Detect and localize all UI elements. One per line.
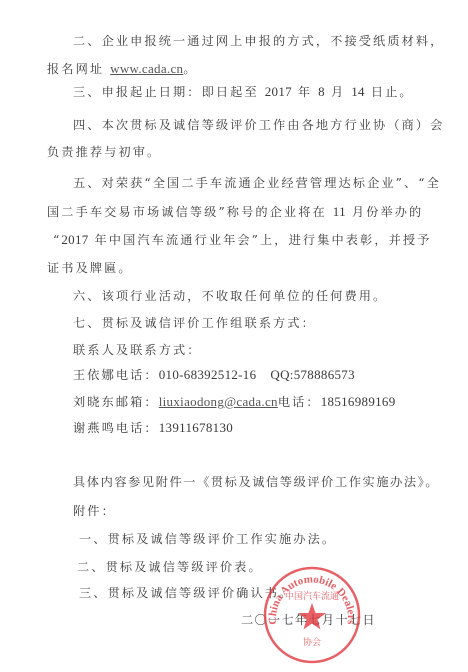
- paragraph-7: 七、贯标及诚信评价工作组联系方式：: [73, 315, 316, 331]
- qq-label: QQ:: [270, 367, 293, 382]
- official-seal-stamp: China Automobile Dealers Association 中国汽…: [262, 565, 362, 665]
- website-link[interactable]: www.cada.cn: [110, 61, 183, 76]
- paragraph-3: 三、申报起止日期：即日起至 2017 年 8 月 14 日止。: [73, 84, 414, 100]
- reference-text: 具体内容参见附件一《贯标及诚信等级评价工作实施办法》。: [73, 474, 439, 490]
- attachment-1: 一、贯标及诚信等级评价工作实施办法。: [79, 531, 336, 547]
- contacts-heading: 联系人及联系方式：: [73, 342, 202, 358]
- paragraph-4-line-2: 负责推荐与初审。: [47, 144, 161, 160]
- paragraph-5-line-3: “2017 年中国汽车流通行业年会”上，进行集中表彰，并授予: [53, 232, 431, 248]
- text: 月: [325, 85, 351, 99]
- contact-label: 刘晓东邮箱：: [73, 395, 159, 409]
- qq: 578886573: [294, 367, 355, 382]
- paragraph-5-line-1: 五、对荣获“全国二手车流通企业经营管理达标企业”、“全: [73, 175, 441, 191]
- paragraph-4-line-1: 四、本次贯标及诚信等级评价工作由各地方行业协（商）会: [73, 117, 444, 133]
- contact-label: 谢燕鸣电话：: [73, 421, 159, 435]
- text: 月份举办的: [346, 205, 423, 219]
- email-link[interactable]: liuxiaodong@cada.cn: [159, 394, 278, 409]
- year: 2017: [265, 84, 292, 99]
- text: 。: [183, 62, 197, 76]
- attachment-2: 二、贯标及诚信等级评价表。: [77, 559, 263, 575]
- paragraph-2-line-2: 报名网址 www.cada.cn。: [47, 61, 198, 77]
- day: 14: [351, 84, 365, 99]
- text: 报名网址: [47, 62, 110, 76]
- text: 三、申报起止日期：即日起至: [73, 85, 265, 99]
- month: 8: [318, 84, 325, 99]
- phone: 010-68392512-16: [159, 367, 257, 382]
- text: 年中国汽车流通行业年会”上，进行集中表彰，并授予: [89, 233, 432, 247]
- star-icon: [298, 603, 326, 630]
- text: 日止。: [365, 85, 414, 99]
- year: 2017: [61, 232, 88, 247]
- phone: 18516989169: [321, 394, 396, 409]
- text: 年: [292, 85, 318, 99]
- svg-text:中国汽车流通: 中国汽车流通: [285, 590, 339, 602]
- paragraph-5-line-2: 国二手车交易市场诚信等级”称号的企业将在 11 月份举办的: [47, 204, 423, 220]
- contact-label: 王依娜电话：: [73, 368, 159, 382]
- text: 国二手车交易市场诚信等级”称号的企业将在: [47, 205, 333, 219]
- contact-liu: 刘晓东邮箱：liuxiaodong@cada.cn电话：18516989169: [73, 394, 396, 410]
- paragraph-6: 六、该项行业活动，不收取任何单位的任何费用。: [73, 288, 387, 304]
- svg-text:协会: 协会: [303, 636, 321, 648]
- contact-wang: 王依娜电话：010-68392512-16QQ:578886573: [73, 367, 355, 383]
- paragraph-2-line-1: 二、企业申报统一通过网上申报的方式，不接受纸质材料，: [73, 33, 444, 49]
- phone-label: 电话：: [278, 395, 321, 409]
- contact-xie: 谢燕鸣电话：13911678130: [73, 420, 233, 436]
- attachments-label: 附件：: [73, 503, 116, 519]
- paragraph-5-line-4: 证书及牌匾。: [47, 260, 133, 276]
- phone: 13911678130: [159, 420, 233, 435]
- number: 11: [333, 204, 346, 219]
